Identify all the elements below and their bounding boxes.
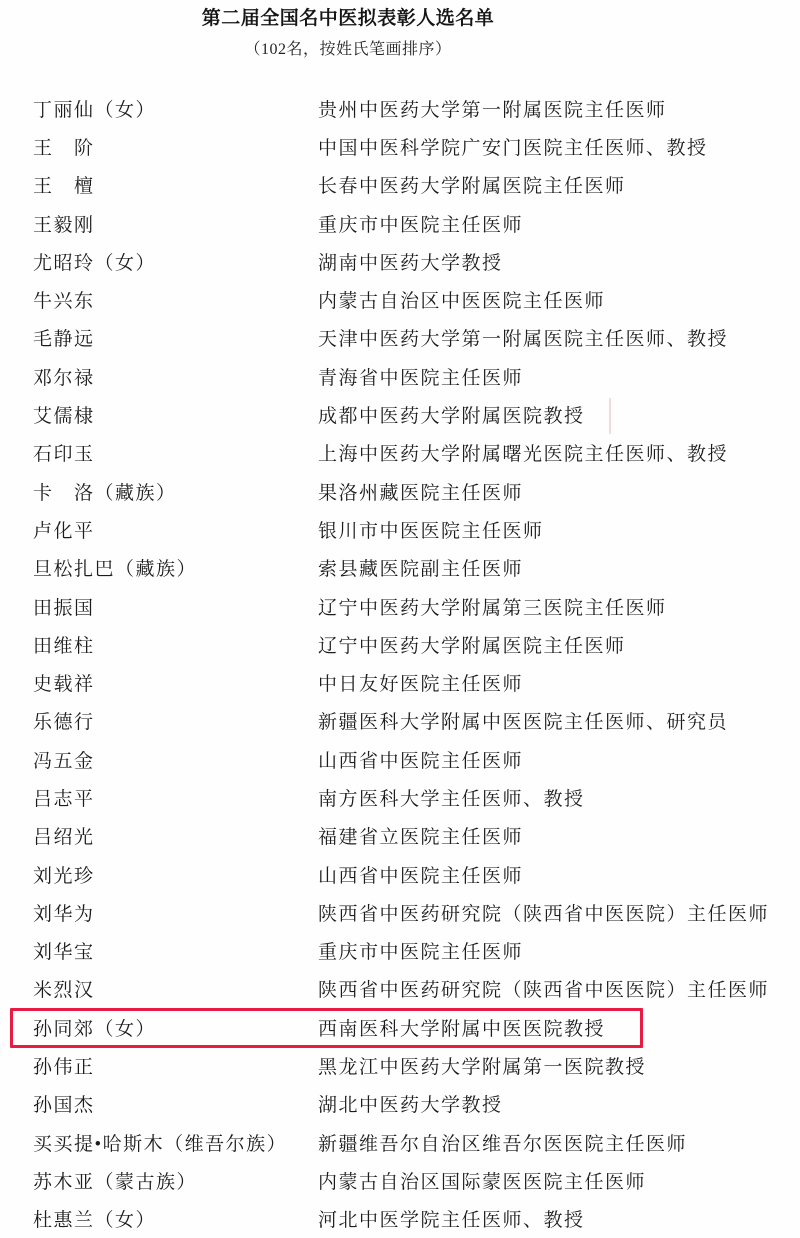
candidate-name: 卢化平 bbox=[33, 516, 318, 543]
candidate-name: 米烈汉 bbox=[33, 975, 318, 1002]
list-item: 杜惠兰（女） 河北中医学院主任医师、教授 bbox=[0, 1200, 800, 1238]
page-title: 第二届全国名中医拟表彰人选名单 bbox=[0, 6, 696, 32]
list-item: 史载祥 中日友好医院主任医师 bbox=[0, 663, 800, 701]
candidate-affiliation: 中日友好医院主任医师 bbox=[318, 669, 800, 696]
candidate-affiliation: 山西省中医院主任医师 bbox=[318, 746, 800, 773]
list-item: 王 檀 长春中医药大学附属医院主任医师 bbox=[0, 166, 800, 204]
candidate-name: 田振国 bbox=[33, 593, 318, 620]
list-item: 邓尔禄 青海省中医院主任医师 bbox=[0, 357, 800, 395]
list-item: 孙同郊（女） 西南医科大学附属中医医院教授 bbox=[0, 1008, 800, 1046]
candidate-name: 邓尔禄 bbox=[33, 363, 318, 390]
candidate-name: 艾儒棣 bbox=[33, 401, 318, 428]
page-subtitle: （102名，按姓氏笔画排序） bbox=[0, 39, 696, 61]
candidate-name: 孙同郊（女） bbox=[33, 1014, 318, 1041]
list-item: 苏木亚（蒙古族） 内蒙古自治区国际蒙医医院主任医师 bbox=[0, 1161, 800, 1199]
candidate-affiliation: 成都中医药大学附属医院教授 bbox=[318, 401, 800, 428]
candidate-name: 牛兴东 bbox=[33, 286, 318, 313]
list-item: 买买提•哈斯木（维吾尔族） 新疆维吾尔自治区维吾尔医医院主任医师 bbox=[0, 1123, 800, 1161]
candidate-affiliation: 上海中医药大学附属曙光医院主任医师、教授 bbox=[318, 439, 800, 466]
list-item: 丁丽仙（女） 贵州中医药大学第一附属医院主任医师 bbox=[0, 89, 800, 127]
candidate-list: 丁丽仙（女） 贵州中医药大学第一附属医院主任医师 王 阶 中国中医科学院广安门医… bbox=[0, 89, 800, 1238]
candidate-name: 丁丽仙（女） bbox=[33, 95, 318, 122]
candidate-name: 乐德行 bbox=[33, 707, 318, 734]
list-item: 旦松扎巴（藏族） 索县藏医院副主任医师 bbox=[0, 549, 800, 587]
candidate-affiliation: 青海省中医院主任医师 bbox=[318, 363, 800, 390]
list-item: 石印玉 上海中医药大学附属曙光医院主任医师、教授 bbox=[0, 434, 800, 472]
candidate-name: 王 阶 bbox=[33, 133, 318, 160]
list-item: 吕绍光 福建省立医院主任医师 bbox=[0, 817, 800, 855]
candidate-affiliation: 南方医科大学主任医师、教授 bbox=[318, 784, 800, 811]
candidate-affiliation: 湖南中医药大学教授 bbox=[318, 248, 800, 275]
candidate-affiliation: 内蒙古自治区国际蒙医医院主任医师 bbox=[318, 1167, 800, 1194]
candidate-affiliation: 新疆维吾尔自治区维吾尔医医院主任医师 bbox=[318, 1129, 800, 1156]
list-item: 刘光珍 山西省中医院主任医师 bbox=[0, 855, 800, 893]
candidate-name: 刘光珍 bbox=[33, 861, 318, 888]
candidate-name: 卡 洛（藏族） bbox=[33, 478, 318, 505]
candidate-affiliation: 重庆市中医院主任医师 bbox=[318, 937, 800, 964]
list-item: 牛兴东 内蒙古自治区中医医院主任医师 bbox=[0, 280, 800, 318]
candidate-name: 吕志平 bbox=[33, 784, 318, 811]
list-item: 吕志平 南方医科大学主任医师、教授 bbox=[0, 778, 800, 816]
list-item: 王 阶 中国中医科学院广安门医院主任医师、教授 bbox=[0, 127, 800, 165]
list-item: 毛静远 天津中医药大学第一附属医院主任医师、教授 bbox=[0, 319, 800, 357]
candidate-name: 石印玉 bbox=[33, 439, 318, 466]
document-page: 第二届全国名中医拟表彰人选名单 （102名，按姓氏笔画排序） 丁丽仙（女） 贵州… bbox=[0, 0, 800, 1238]
candidate-affiliation: 天津中医药大学第一附属医院主任医师、教授 bbox=[318, 324, 800, 351]
candidate-affiliation: 长春中医药大学附属医院主任医师 bbox=[318, 171, 800, 198]
candidate-name: 苏木亚（蒙古族） bbox=[33, 1167, 318, 1194]
candidate-affiliation: 河北中医学院主任医师、教授 bbox=[318, 1205, 800, 1232]
list-item: 冯五金 山西省中医院主任医师 bbox=[0, 740, 800, 778]
candidate-affiliation: 黑龙江中医药大学附属第一医院教授 bbox=[318, 1052, 800, 1079]
candidate-name: 田维柱 bbox=[33, 631, 318, 658]
candidate-name: 孙伟正 bbox=[33, 1052, 318, 1079]
list-item: 卢化平 银川市中医医院主任医师 bbox=[0, 510, 800, 548]
candidate-affiliation: 西南医科大学附属中医医院教授 bbox=[318, 1014, 800, 1041]
document-header: 第二届全国名中医拟表彰人选名单 （102名，按姓氏笔画排序） bbox=[0, 6, 696, 61]
candidate-affiliation: 陕西省中医药研究院（陕西省中医医院）主任医师 bbox=[318, 975, 800, 1002]
candidate-name: 杜惠兰（女） bbox=[33, 1205, 318, 1232]
list-item: 孙伟正 黑龙江中医药大学附属第一医院教授 bbox=[0, 1046, 800, 1084]
candidate-affiliation: 果洛州藏医院主任医师 bbox=[318, 478, 800, 505]
list-item: 王毅刚 重庆市中医院主任医师 bbox=[0, 204, 800, 242]
list-item: 田振国 辽宁中医药大学附属第三医院主任医师 bbox=[0, 587, 800, 625]
list-item: 乐德行 新疆医科大学附属中医医院主任医师、研究员 bbox=[0, 702, 800, 740]
candidate-affiliation: 索县藏医院副主任医师 bbox=[318, 554, 800, 581]
candidate-affiliation: 重庆市中医院主任医师 bbox=[318, 210, 800, 237]
list-item: 孙国杰 湖北中医药大学教授 bbox=[0, 1085, 800, 1123]
candidate-affiliation: 中国中医科学院广安门医院主任医师、教授 bbox=[318, 133, 800, 160]
list-item: 刘华宝 重庆市中医院主任医师 bbox=[0, 932, 800, 970]
candidate-name: 史载祥 bbox=[33, 669, 318, 696]
candidate-name: 冯五金 bbox=[33, 746, 318, 773]
candidate-affiliation: 辽宁中医药大学附属医院主任医师 bbox=[318, 631, 800, 658]
candidate-name: 毛静远 bbox=[33, 324, 318, 351]
candidate-affiliation: 贵州中医药大学第一附属医院主任医师 bbox=[318, 95, 800, 122]
scan-artifact-line bbox=[609, 398, 611, 434]
candidate-name: 王 檀 bbox=[33, 171, 318, 198]
candidate-name: 尤昭玲（女） bbox=[33, 248, 318, 275]
list-item: 尤昭玲（女） 湖南中医药大学教授 bbox=[0, 242, 800, 280]
candidate-name: 刘华宝 bbox=[33, 937, 318, 964]
candidate-name: 吕绍光 bbox=[33, 822, 318, 849]
list-item: 米烈汉 陕西省中医药研究院（陕西省中医医院）主任医师 bbox=[0, 970, 800, 1008]
candidate-name: 孙国杰 bbox=[33, 1090, 318, 1117]
candidate-affiliation: 辽宁中医药大学附属第三医院主任医师 bbox=[318, 593, 800, 620]
candidate-affiliation: 山西省中医院主任医师 bbox=[318, 861, 800, 888]
list-item: 刘华为 陕西省中医药研究院（陕西省中医医院）主任医师 bbox=[0, 893, 800, 931]
candidate-name: 买买提•哈斯木（维吾尔族） bbox=[33, 1129, 318, 1156]
list-item: 田维柱 辽宁中医药大学附属医院主任医师 bbox=[0, 625, 800, 663]
candidate-affiliation: 福建省立医院主任医师 bbox=[318, 822, 800, 849]
candidate-name: 刘华为 bbox=[33, 899, 318, 926]
candidate-affiliation: 陕西省中医药研究院（陕西省中医医院）主任医师 bbox=[318, 899, 800, 926]
candidate-affiliation: 湖北中医药大学教授 bbox=[318, 1090, 800, 1117]
list-item: 卡 洛（藏族） 果洛州藏医院主任医师 bbox=[0, 472, 800, 510]
candidate-name: 旦松扎巴（藏族） bbox=[33, 554, 318, 581]
candidate-affiliation: 内蒙古自治区中医医院主任医师 bbox=[318, 286, 800, 313]
candidate-affiliation: 银川市中医医院主任医师 bbox=[318, 516, 800, 543]
candidate-name: 王毅刚 bbox=[33, 210, 318, 237]
list-item: 艾儒棣 成都中医药大学附属医院教授 bbox=[0, 395, 800, 433]
candidate-affiliation: 新疆医科大学附属中医医院主任医师、研究员 bbox=[318, 707, 800, 734]
